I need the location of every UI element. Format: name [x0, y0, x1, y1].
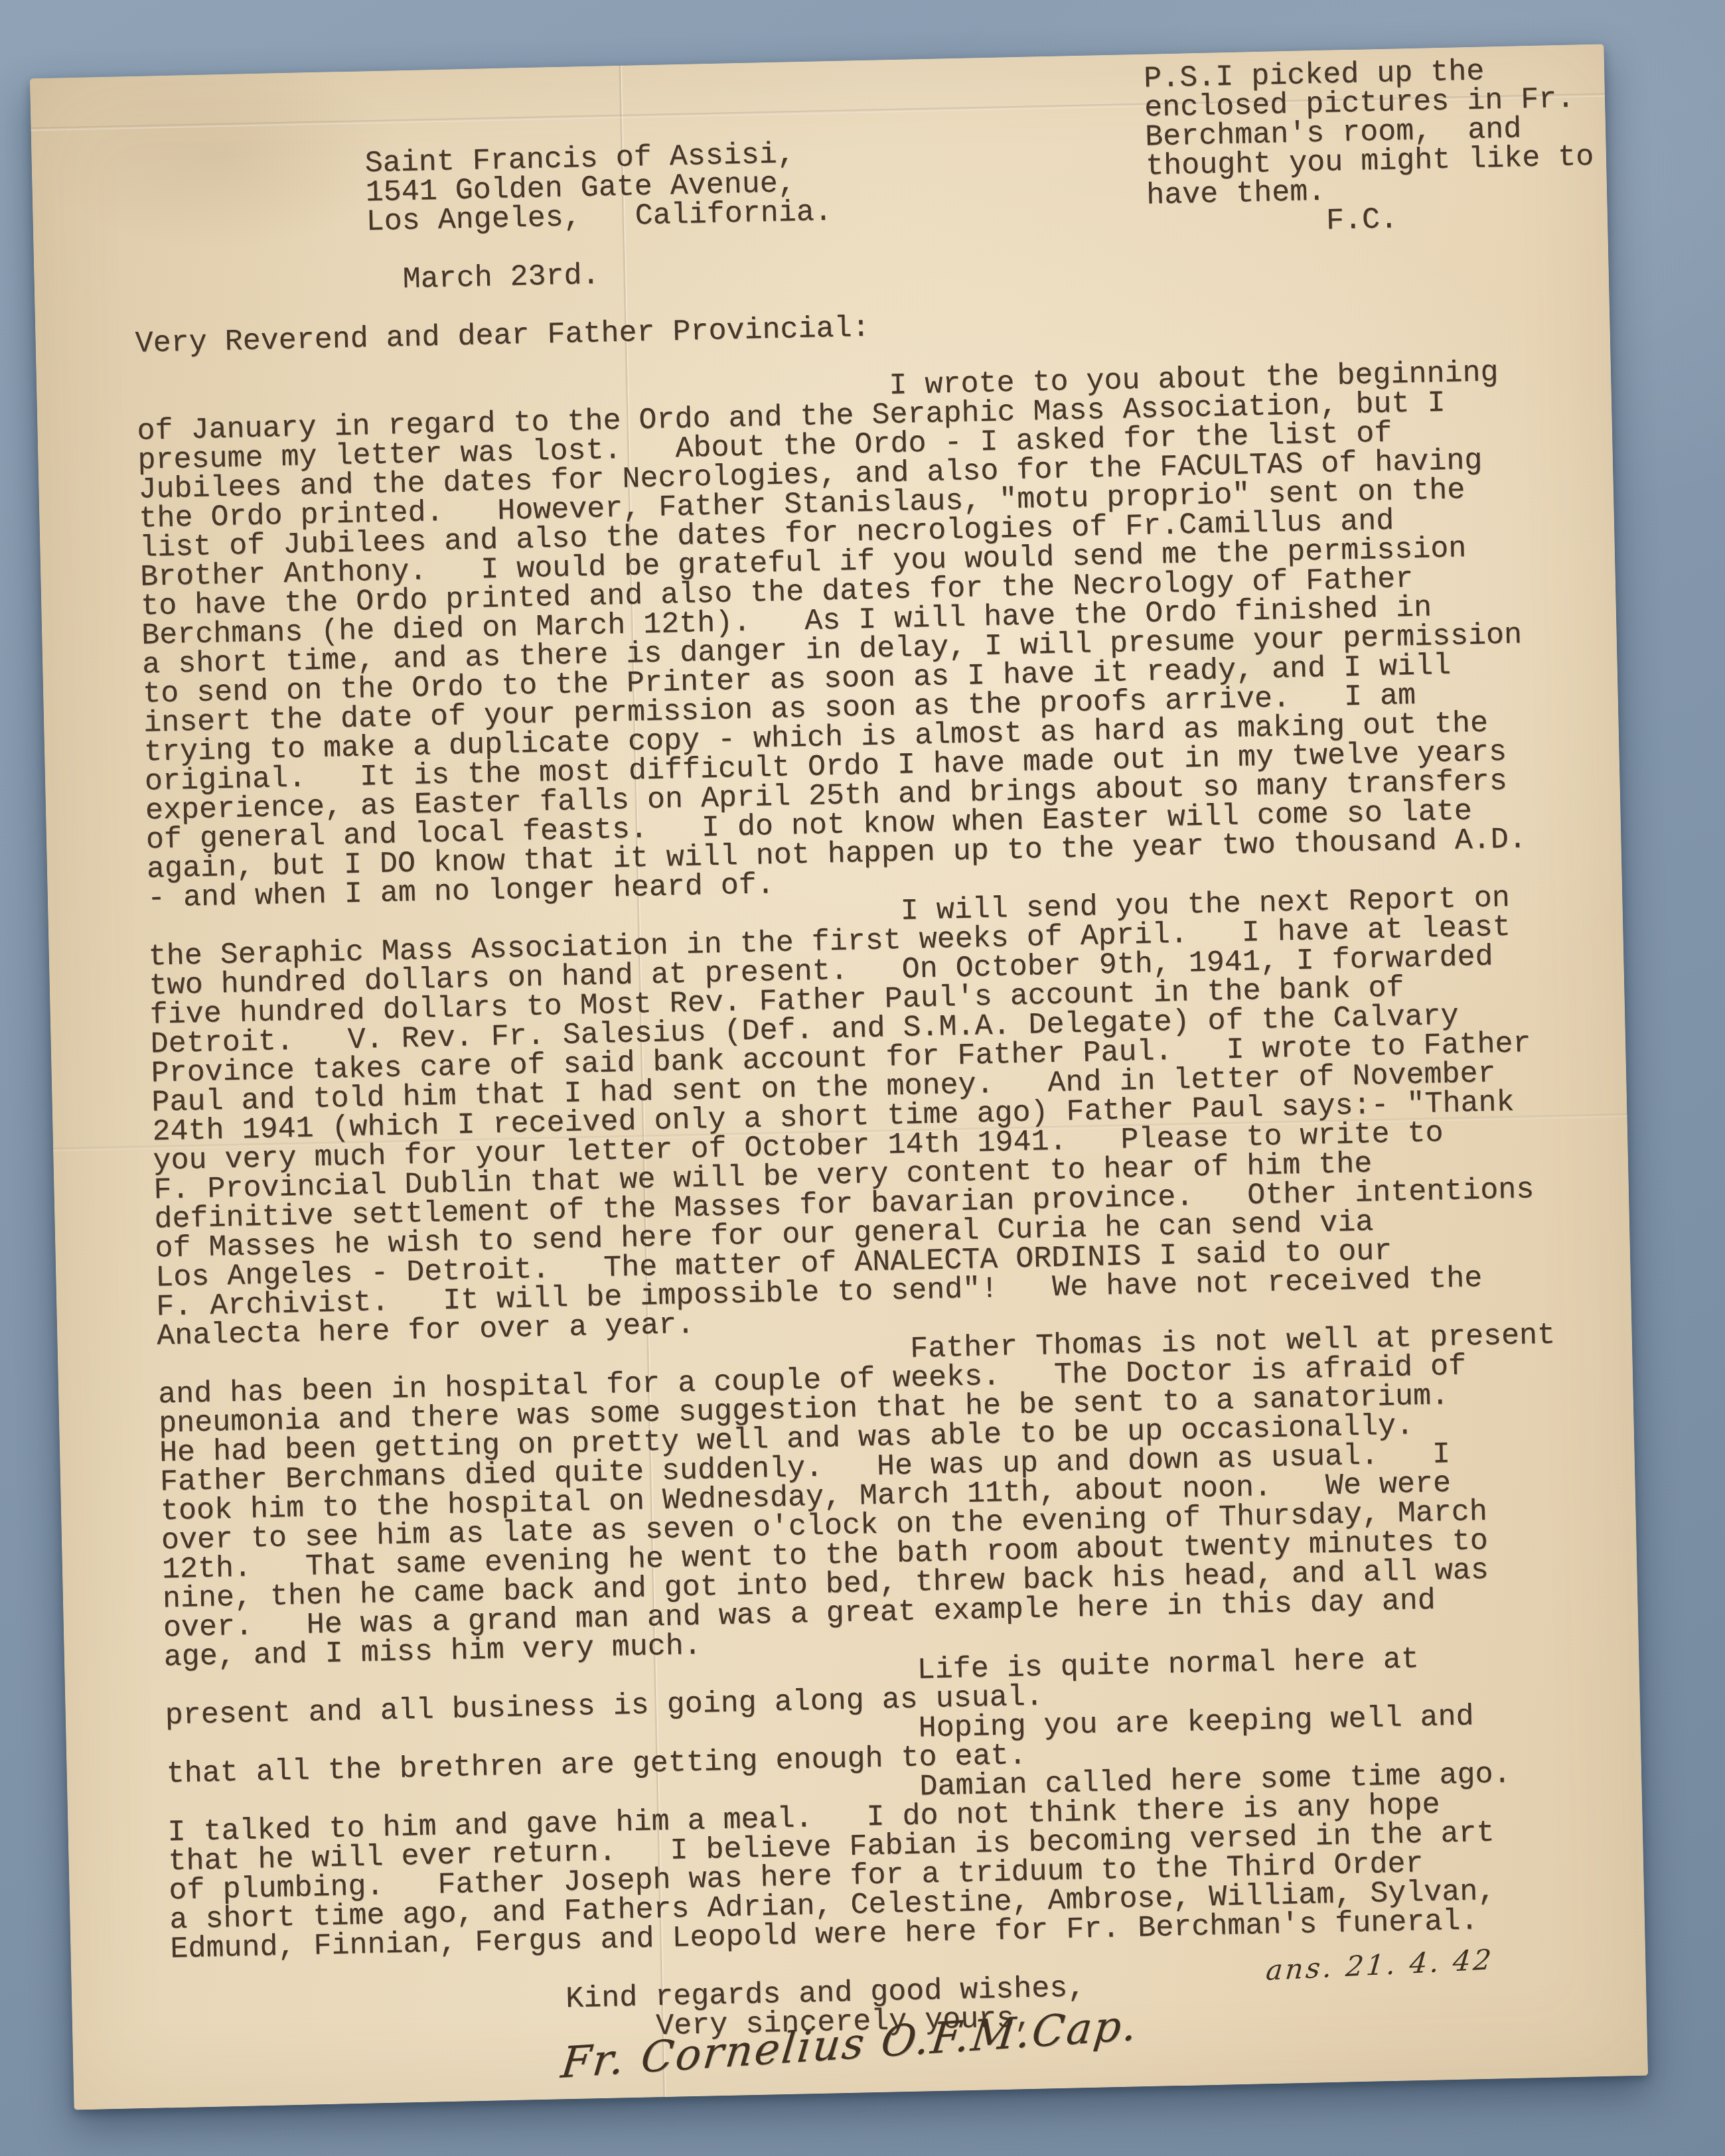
letterhead: Saint Francis of Assisi,1541 Golden Gate… [364, 124, 1534, 237]
salutation: Very Reverend and dear Father Provincial… [135, 299, 1537, 359]
letter-paper: P.S.I picked up theenclosed pictures in … [30, 44, 1648, 2110]
letter-body: I wrote to you about the beginningof Jan… [136, 358, 1572, 1965]
date-line: March 23rd. [402, 241, 1536, 295]
letter-content: Saint Francis of Assisi,1541 Golden Gate… [131, 124, 1574, 2052]
